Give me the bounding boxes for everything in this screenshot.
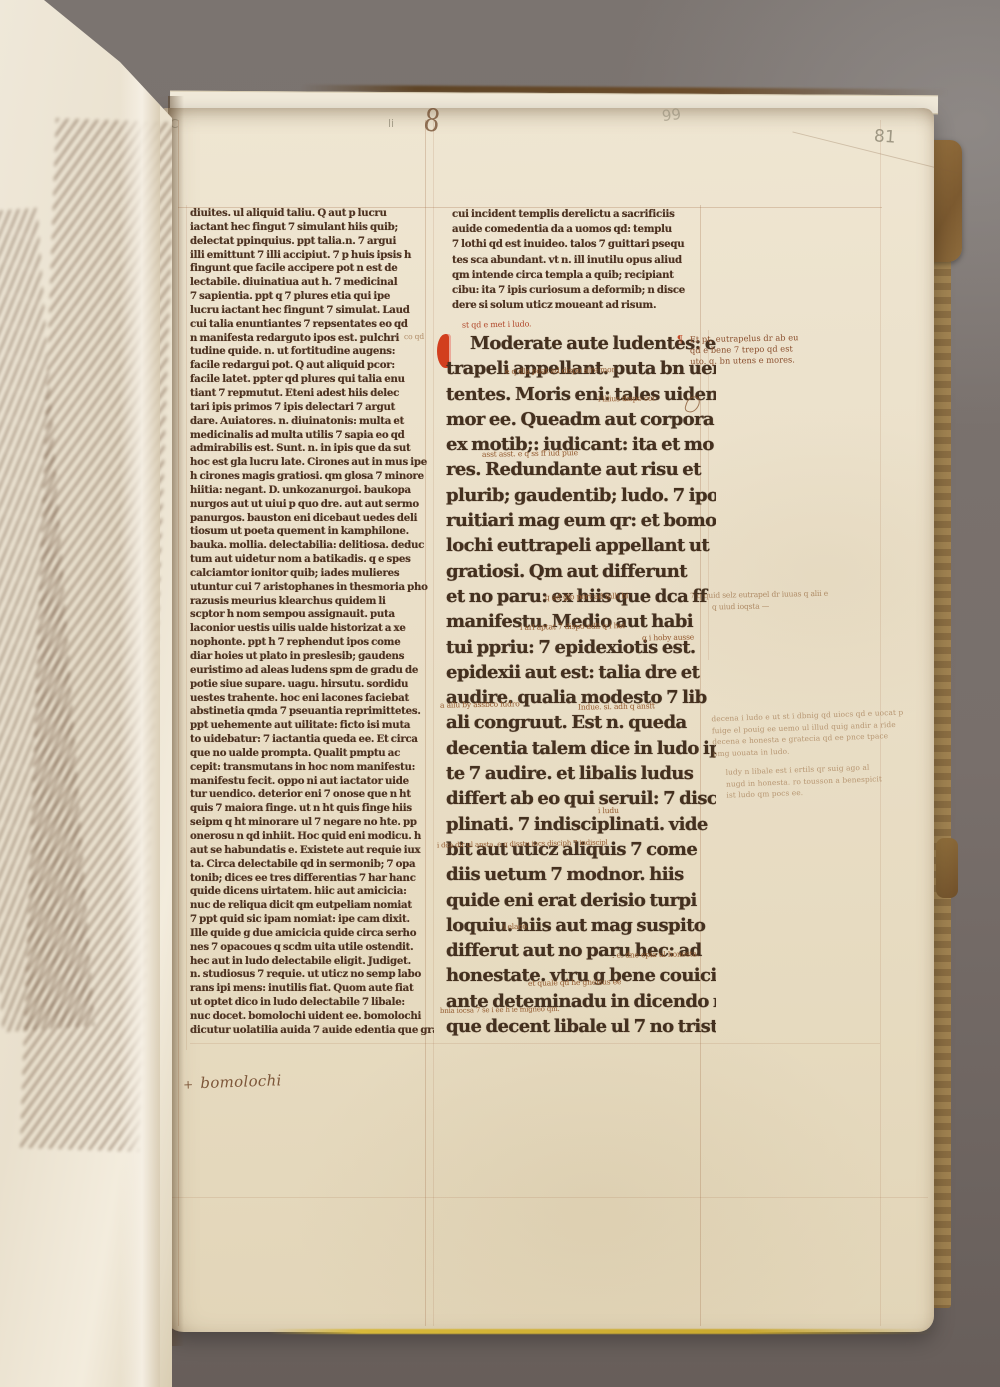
text-line: ut optet dico in ludo delectabile 7 liba… xyxy=(190,996,434,1010)
text-line: razusis meurius klearchus quidem li xyxy=(190,595,434,609)
text-line: hiitia: negant. D. unkozanurgoi. baukopa xyxy=(190,484,434,498)
interlinear-gloss: . e. dne epia ul honesta. xyxy=(612,949,699,960)
text-line: delectat ppinquius. ppt talia.n. 7 argui xyxy=(190,235,434,249)
interlinear-gloss: q ad glo pert ad mlh bi xyxy=(545,591,628,601)
text-line: lochi euttrapeli appellant ut xyxy=(446,533,716,558)
text-line: 7 sapientia. ppt q 7 plures etia qui ipe xyxy=(190,290,434,304)
paraph-mark: ¶ xyxy=(677,334,684,345)
text-line: res. Redundante aut risu et xyxy=(446,457,716,482)
text-line: tentes. Moris eni: tales uident xyxy=(446,382,716,407)
interlinear-gloss: i ludu xyxy=(598,806,619,815)
text-line: manifestu fecit. oppo ni aut iactator ui… xyxy=(190,775,434,789)
text-line: nuc de reliqua dicit qm eutpeliam nomiat xyxy=(190,899,434,913)
catchword-cross-mark: + xyxy=(183,1077,194,1091)
text-line: rans ipi mens: inutilis fiat. Quom aute … xyxy=(190,982,434,996)
interlinear-gloss: i arl aptat 7 dispo adli q i hoi xyxy=(520,621,625,632)
top-small-mark: li xyxy=(388,117,394,130)
text-line: n manifesta redarguto ipos est. pulchri xyxy=(190,332,434,346)
faint-margin-note: ludy n libale est i ertils qr suig ago a… xyxy=(725,761,882,801)
text-line: plinati. 7 indisciplinati. vide xyxy=(446,812,716,837)
text-line: ppt uehemente aut uilitate: ficto isi mu… xyxy=(190,719,434,733)
text-line: to uidebatur: 7 iactantia queda ee. Et c… xyxy=(190,733,434,747)
interlinear-gloss: i elaco xyxy=(503,922,527,931)
catchword-text: bomolochi xyxy=(200,1071,282,1092)
text-line: laconior uestis uilis ualde historizat a… xyxy=(190,622,434,636)
text-line: tum aut uidetur nom a batikadis. q e spe… xyxy=(190,553,434,567)
text-line: tur uendico. deterior eni 7 onose que n … xyxy=(190,788,434,802)
text-line: que decent libale ul 7 no trista xyxy=(446,1014,716,1039)
interlinear-gloss: q i hoby ausse xyxy=(642,633,694,643)
text-line: auide comedentia da a uomos qd: templu xyxy=(452,222,704,237)
text-line: abstinetia qmda 7 pseuantia reprimittete… xyxy=(190,705,434,719)
text-line: hec aut in ludo delectabile eligit. Judi… xyxy=(190,955,434,969)
text-line: quide eni erat derisio turpi xyxy=(446,888,716,913)
interlinear-gloss: a ailu by assbco ludro xyxy=(440,699,520,709)
text-line: lucru iactant hec fingunt 7 simulat. Lau… xyxy=(190,304,434,318)
text-line: panurgos. bauston eni dicebaut uedes del… xyxy=(190,512,434,526)
text-line: cibu: ita 7 ipis curiosum a deformib; n … xyxy=(452,283,704,298)
text-line: medicinalis ad multa utilis 7 sapia eo q… xyxy=(190,429,434,443)
text-line: ruitiari mag eum qr: et bomo xyxy=(446,508,716,533)
text-line: ali congruut. Est n. queda xyxy=(446,710,716,735)
gilt-bottom-edge xyxy=(268,1329,932,1334)
ruling-line-vertical xyxy=(186,205,187,1050)
text-line: tudine quide. n. ut fortitudine augens: xyxy=(190,345,434,359)
interlinear-gloss: i illius dispo cor xyxy=(598,393,656,403)
interlinear-gloss: q uiud ioqsta — xyxy=(712,602,769,612)
text-line: tonib; dices ee tres differentias 7 har … xyxy=(190,872,434,886)
text-line: uestes trahente. hoc eni lacones facieba… xyxy=(190,692,434,706)
text-line: lectabile. diuinatiua aut h. 7 medicinal xyxy=(190,276,434,290)
text-line: diar hoies ut plato in preslesib; gauden… xyxy=(190,650,434,664)
text-line: differt ab eo qui seruil: 7 disci xyxy=(446,786,716,811)
interlinear-gloss: co qd xyxy=(404,332,424,341)
text-line: cui talia enuntiantes 7 repsentates eo q… xyxy=(190,318,434,332)
faint-margin-note: decena i ludo e ut st i dbnig qd uiocs q… xyxy=(711,707,904,760)
text-line: calciamtor ionitor quib; iades mulieres xyxy=(190,567,434,581)
text-line: Moderate aute ludentes: eut xyxy=(446,331,716,356)
text-line: diuites. ul aliquid taliu. Q aut p lucru xyxy=(190,207,434,221)
ruling-line-lower xyxy=(170,1197,928,1198)
text-line: utuntur cui 7 aristophanes in thesmoria … xyxy=(190,581,434,595)
text-line: nes 7 opacoues q scdm uita utile ostendi… xyxy=(190,941,434,955)
text-line: nurgos aut ut uiui p quo dre. aut aut se… xyxy=(190,498,434,512)
text-line: dere si solum uticz moueant ad risum. xyxy=(452,298,704,313)
text-line: facile redargui pot. Q aut aliquid pcor: xyxy=(190,359,434,373)
catchword: +bomolochi xyxy=(183,1071,282,1092)
text-line: mor ee. Queadm aut corpora xyxy=(446,407,716,432)
right-main-text-block: Moderate aute ludentes: euttrapeli appel… xyxy=(446,331,716,1043)
text-line: decentia talem dice in ludo ip xyxy=(446,736,716,761)
text-line: epidexii aut est: talia dre et xyxy=(446,660,716,685)
text-line: aut se habundatis e. Existete aut requie… xyxy=(190,844,434,858)
interlinear-gloss: asst asst. e q ss ff iud puie xyxy=(482,448,578,459)
text-line: seipm q ht minorare ul 7 negare no hte. … xyxy=(190,816,434,830)
text-line: nuc docet. bomolochi uident ee. bomoloch… xyxy=(190,1010,434,1024)
text-line: n. studiosus 7 requie. ut uticz no semp … xyxy=(190,968,434,982)
text-line: scptor h nom sempou assignauit. puta xyxy=(190,608,434,622)
ruling-line-textblock-bottom xyxy=(190,1043,880,1044)
text-line: gratiosi. Qm aut differunt xyxy=(446,559,716,584)
text-line: 7 lothi qd est inuideo. talos 7 guittari… xyxy=(452,237,704,252)
binding-knob xyxy=(936,838,958,898)
previous-leaf-margin xyxy=(120,0,160,1387)
text-line: Ille quide g due amicicia quide circa se… xyxy=(190,927,434,941)
text-line: bauka. mollia. delectabilia: delitiosa. … xyxy=(190,539,434,553)
text-line: tiant 7 repmutut. Eteni adest hiis delec xyxy=(190,387,434,401)
margin-gloss-eutrapelus: ¶ Et pt. eutrapelus dr ab euqd e bene 7 … xyxy=(690,332,831,367)
text-line: onerosu n qd inhiit. Hoc quid eni modicu… xyxy=(190,830,434,844)
previous-leaf xyxy=(0,0,172,1387)
text-line: tiosum ut poeta quement in kamphilone. xyxy=(190,525,434,539)
text-line: dicutur uolatilia auida 7 auide edentia … xyxy=(190,1024,434,1038)
manuscript-photograph: C li 8 99 81 diuites. ul aliquid taliu. … xyxy=(0,0,1000,1387)
text-line: nophonte. ppt h 7 rephendut ipos come xyxy=(190,636,434,650)
text-line: tes sca abundant. vt n. ill inutilu opus… xyxy=(452,253,704,268)
interlinear-gloss: et quale qd he gnelsus ee xyxy=(528,977,621,988)
text-line: qm intende circa templa a quib; recipian… xyxy=(452,268,704,283)
text-line: 7 ppt quid sic ipam nomiat: ipe cam dixi… xyxy=(190,913,434,927)
pencil-foliation-faint: 99 xyxy=(661,105,682,125)
text-line: te 7 audire. et libalis ludus xyxy=(446,761,716,786)
text-line: h cirones magis gratiosi. qm glosa 7 min… xyxy=(190,470,434,484)
text-line: dare. Auiatores. n. diuinatonis: multa e… xyxy=(190,415,434,429)
text-line: fingunt que facile accipere pot n est de xyxy=(190,262,434,276)
text-line: illi emittunt 7 illi accipiut. 7 p huis … xyxy=(190,249,434,263)
folio-number: 81 xyxy=(873,126,896,147)
interlinear-gloss: st qd e met i ludo. xyxy=(462,319,532,329)
text-line: cepit: transmutans in hoc nom manifestu: xyxy=(190,761,434,775)
text-line: iactant hec fingut 7 simulant hiis quib; xyxy=(190,221,434,235)
text-line: ta. Circa delectabile qd in sermonib; 7 … xyxy=(190,858,434,872)
text-line: cui incident templis derelictu a sacrifi… xyxy=(452,207,704,222)
text-line: potie siue supare. uagu. hirsutu. sordid… xyxy=(190,678,434,692)
text-line: tari ipis primos 7 ipis delectari 7 argu… xyxy=(190,401,434,415)
text-line: admirabilis est. Sunt. n. in ipis que da… xyxy=(190,442,434,456)
text-line: diis uetum 7 modnor. hiis xyxy=(446,862,716,887)
text-line: plurib; gaudentib; ludo. 7 ipo xyxy=(446,483,716,508)
right-commentary-block: cui incident templis derelictu a sacrifi… xyxy=(452,207,704,319)
text-line: loquiu. hiis aut mag suspito xyxy=(446,913,716,938)
text-line: quis 7 maiora finge. ut n ht quis finge … xyxy=(190,802,434,816)
text-line: facile latet. ppter qd plures qui talia … xyxy=(190,373,434,387)
text-line: quide dicens uirtatem. hiic aut amicicia… xyxy=(190,885,434,899)
interlinear-gloss: e q dla pdat ad dispo alre mor xyxy=(505,365,615,376)
interlinear-gloss: Indue. si. adh q ansft xyxy=(578,701,655,711)
text-line: hoc est gla lucru late. Cirones aut in m… xyxy=(190,456,434,470)
text-line: euristimo ad aleas ludens spm de gradu d… xyxy=(190,664,434,678)
text-line: que no ualde prompta. Qualit pmptu ac xyxy=(190,747,434,761)
left-text-column: diuites. ul aliquid taliu. Q aut p lucru… xyxy=(190,207,434,1043)
